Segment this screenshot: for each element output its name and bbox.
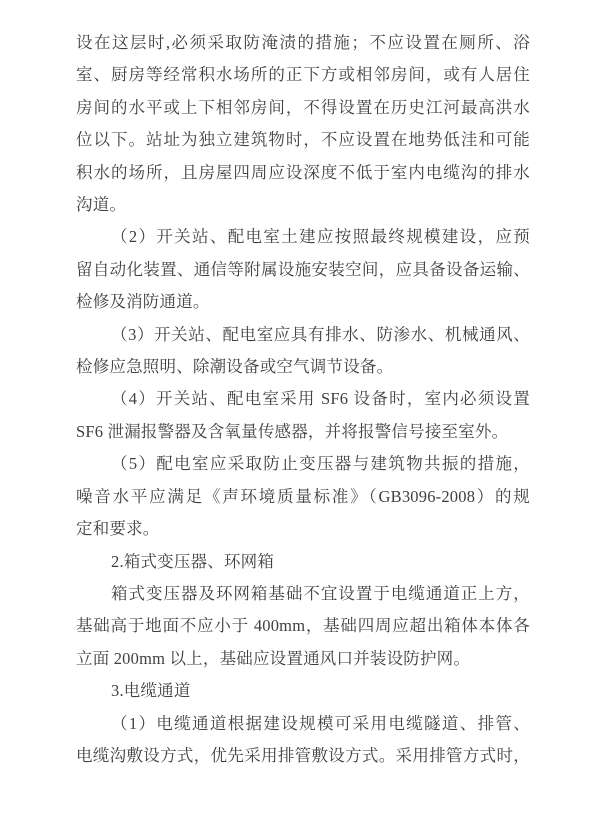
text-line: 室、厨房等经常积水场所的正下方或相邻房间，或有人居住 [76,59,530,91]
document-text-block: 设在这层时,必须采取防淹渍的措施；不应设置在厕所、浴 室、厨房等经常积水场所的正… [76,27,530,772]
text-line: 基础高于地面不应小于 400mm，基础四周应超出箱体本体各 [76,610,530,642]
text-line: 电缆沟敷设方式，优先采用排管敷设方式。采用排管方式时， [76,740,530,772]
text-line: （1）电缆通道根据建设规模可采用电缆隧道、排管、 [76,708,530,740]
text-line: 检修及消防通道。 [76,286,530,318]
section-heading: 2.箱式变压器、环网箱 [76,546,530,578]
section-heading: 3.电缆通道 [76,675,530,707]
text-line: 定和要求。 [76,513,530,545]
text-line: （4）开关站、配电室采用 SF6 设备时，室内必须设置 [76,383,530,415]
text-line: SF6 泄漏报警器及含氧量传感器，并将报警信号接至室外。 [76,416,530,448]
text-line: 积水的场所，且房屋四周应设深度不低于室内电缆沟的排水 [76,157,530,189]
document-page: 设在这层时,必须采取防淹渍的措施；不应设置在厕所、浴 室、厨房等经常积水场所的正… [0,0,593,822]
text-line: 设在这层时,必须采取防淹渍的措施；不应设置在厕所、浴 [76,27,530,59]
text-line: （5）配电室应采取防止变压器与建筑物共振的措施， [76,448,530,480]
text-line: 噪音水平应满足《声环境质量标准》（GB3096-2008）的规 [76,481,530,513]
text-line: 箱式变压器及环网箱基础不宜设置于电缆通道正上方， [76,578,530,610]
text-line: 位以下。站址为独立建筑物时，不应设置在地势低洼和可能 [76,124,530,156]
text-line: 检修应急照明、除潮设备或空气调节设备。 [76,351,530,383]
text-line: 立面 200mm 以上，基础应设置通风口并装设防护网。 [76,643,530,675]
text-line: 沟道。 [76,189,530,221]
text-line: 房间的水平或上下相邻房间，不得设置在历史江河最高洪水 [76,92,530,124]
text-line: 留自动化装置、通信等附属设施安装空间，应具备设备运输、 [76,254,530,286]
text-line: （2）开关站、配电室土建应按照最终规模建设，应预 [76,221,530,253]
text-line: （3）开关站、配电室应具有排水、防渗水、机械通风、 [76,319,530,351]
